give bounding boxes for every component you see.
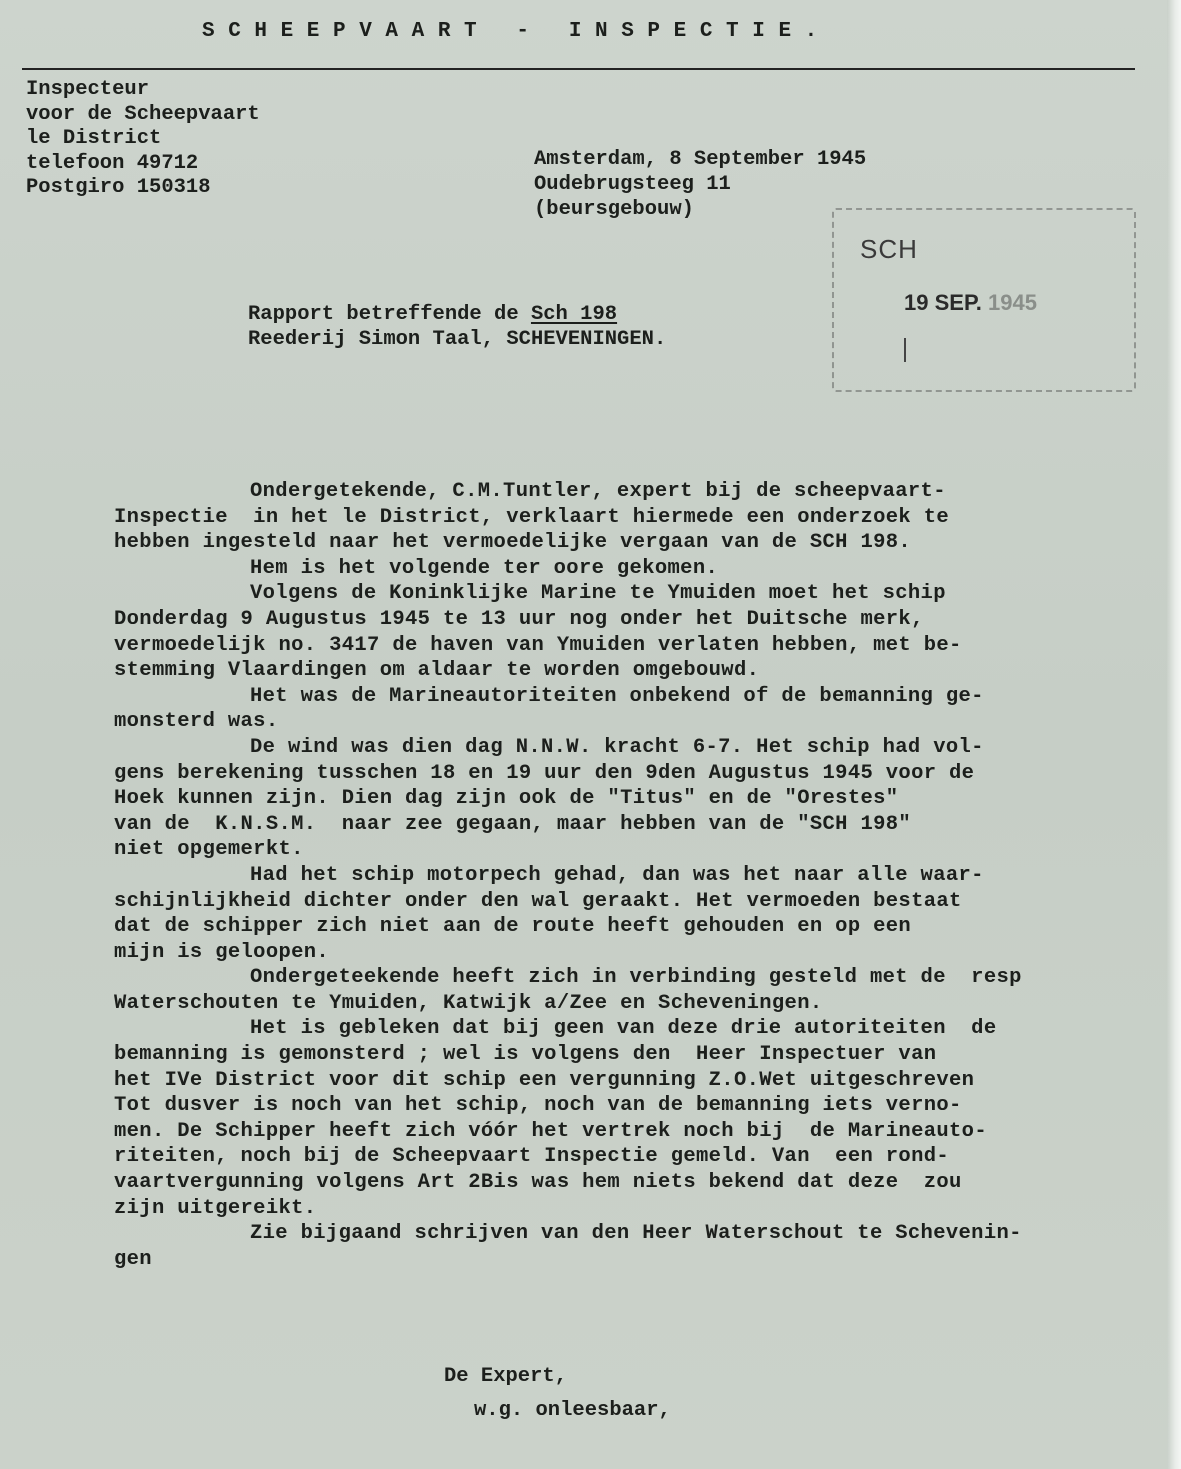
stamp-date: 19 SEP. 1945 (904, 290, 1037, 316)
body-line: vaartvergunning volgens Art 2Bis was hem… (114, 1170, 1174, 1196)
body-line: vermoedelijk no. 3417 de haven van Ymuid… (114, 633, 1174, 659)
body-line: bemanning is gemonsterd ; wel is volgens… (114, 1042, 1174, 1068)
body-line: Het is gebleken dat bij geen van deze dr… (114, 1016, 1174, 1042)
body-line: Hem is het volgende ter oore gekomen. (114, 556, 1174, 582)
letterhead-title: SCHEEPVAART - INSPECTIE. (202, 20, 831, 43)
body-line: Ondergeteekende heeft zich in verbinding… (114, 965, 1174, 991)
body-line: schijnlijkheid dichter onder den wal ger… (114, 889, 1174, 915)
body-line: dat de schipper zich niet aan de route h… (114, 914, 1174, 940)
body-line: Donderdag 9 Augustus 1945 te 13 uur nog … (114, 607, 1174, 633)
body-line: stemming Vlaardingen om aldaar te worden… (114, 658, 1174, 684)
body-line: zijn uitgereikt. (114, 1196, 1174, 1222)
stamp-mark (904, 338, 906, 362)
place-date-line: Amsterdam, 8 September 1945 (534, 147, 866, 172)
subject-ship: Sch 198 (531, 303, 617, 326)
body-line: riteiten, noch bij de Scheepvaart Inspec… (114, 1144, 1174, 1170)
stamp-year: 1945 (988, 290, 1037, 315)
letterhead-rule (22, 68, 1135, 70)
sender-block: Inspecteur voor de Scheepvaart le Distri… (26, 78, 260, 201)
stamp-day: 19 (904, 290, 928, 315)
body-line: het IVe District voor dit schip een verg… (114, 1068, 1174, 1094)
address-line: (beursgebouw) (534, 197, 866, 222)
subject-prefix: Rapport betreffende de (248, 303, 531, 326)
stamp-month: SEP. (935, 290, 982, 315)
body-line: gen (114, 1247, 1174, 1273)
body-line: Het was de Marineautoriteiten onbekend o… (114, 684, 1174, 710)
body-line: Zie bijgaand schrijven van den Heer Wate… (114, 1221, 1174, 1247)
body-line: Volgens de Koninklijke Marine te Ymuiden… (114, 581, 1174, 607)
subject-line-2: Reederij Simon Taal, SCHEVENINGEN. (248, 327, 666, 352)
body-line: hebben ingesteld naar het vermoedelijke … (114, 530, 1174, 556)
body-line: De wind was dien dag N.N.W. kracht 6-7. … (114, 735, 1174, 761)
sender-line: Inspecteur (26, 78, 260, 103)
body-line: van de K.N.S.M. naar zee gegaan, maar he… (114, 812, 1174, 838)
body-line: men. De Schipper heeft zich vóór het ver… (114, 1119, 1174, 1145)
address-line: Oudebrugsteeg 11 (534, 172, 866, 197)
signature-block: De Expert, w.g. onleesbaar, (444, 1362, 671, 1426)
place-date-block: Amsterdam, 8 September 1945 Oudebrugstee… (534, 147, 866, 222)
body-line: Waterschouten te Ymuiden, Katwijk a/Zee … (114, 991, 1174, 1017)
sender-line: Postgiro 150318 (26, 176, 260, 201)
subject-line-1: Rapport betreffende de Sch 198 (248, 302, 666, 327)
signature-title: De Expert, (444, 1362, 671, 1392)
sender-line: telefoon 49712 (26, 152, 260, 177)
body-line: Hoek kunnen zijn. Dien dag zijn ook de "… (114, 786, 1174, 812)
body-line: niet opgemerkt. (114, 837, 1174, 863)
sender-line: le District (26, 127, 260, 152)
body-line: mijn is geloopen. (114, 940, 1174, 966)
sender-line: voor de Scheepvaart (26, 103, 260, 128)
body-line: Tot dusver is noch van het schip, noch v… (114, 1093, 1174, 1119)
body-line: gens berekening tusschen 18 en 19 uur de… (114, 761, 1174, 787)
received-stamp: SCH 19 SEP. 1945 (832, 208, 1136, 392)
subject-block: Rapport betreffende de Sch 198 Reederij … (248, 302, 666, 352)
stamp-org: SCH (860, 234, 918, 265)
document-page: SCHEEPVAART - INSPECTIE. Inspecteur voor… (0, 0, 1181, 1469)
report-body: Ondergetekende, C.M.Tuntler, expert bij … (114, 479, 1174, 1272)
body-line: Ondergetekende, C.M.Tuntler, expert bij … (114, 479, 1174, 505)
body-line: Had het schip motorpech gehad, dan was h… (114, 863, 1174, 889)
signature-name: w.g. onleesbaar, (444, 1396, 671, 1426)
body-line: Inspectie in het le District, verklaart … (114, 505, 1174, 531)
body-line: monsterd was. (114, 709, 1174, 735)
